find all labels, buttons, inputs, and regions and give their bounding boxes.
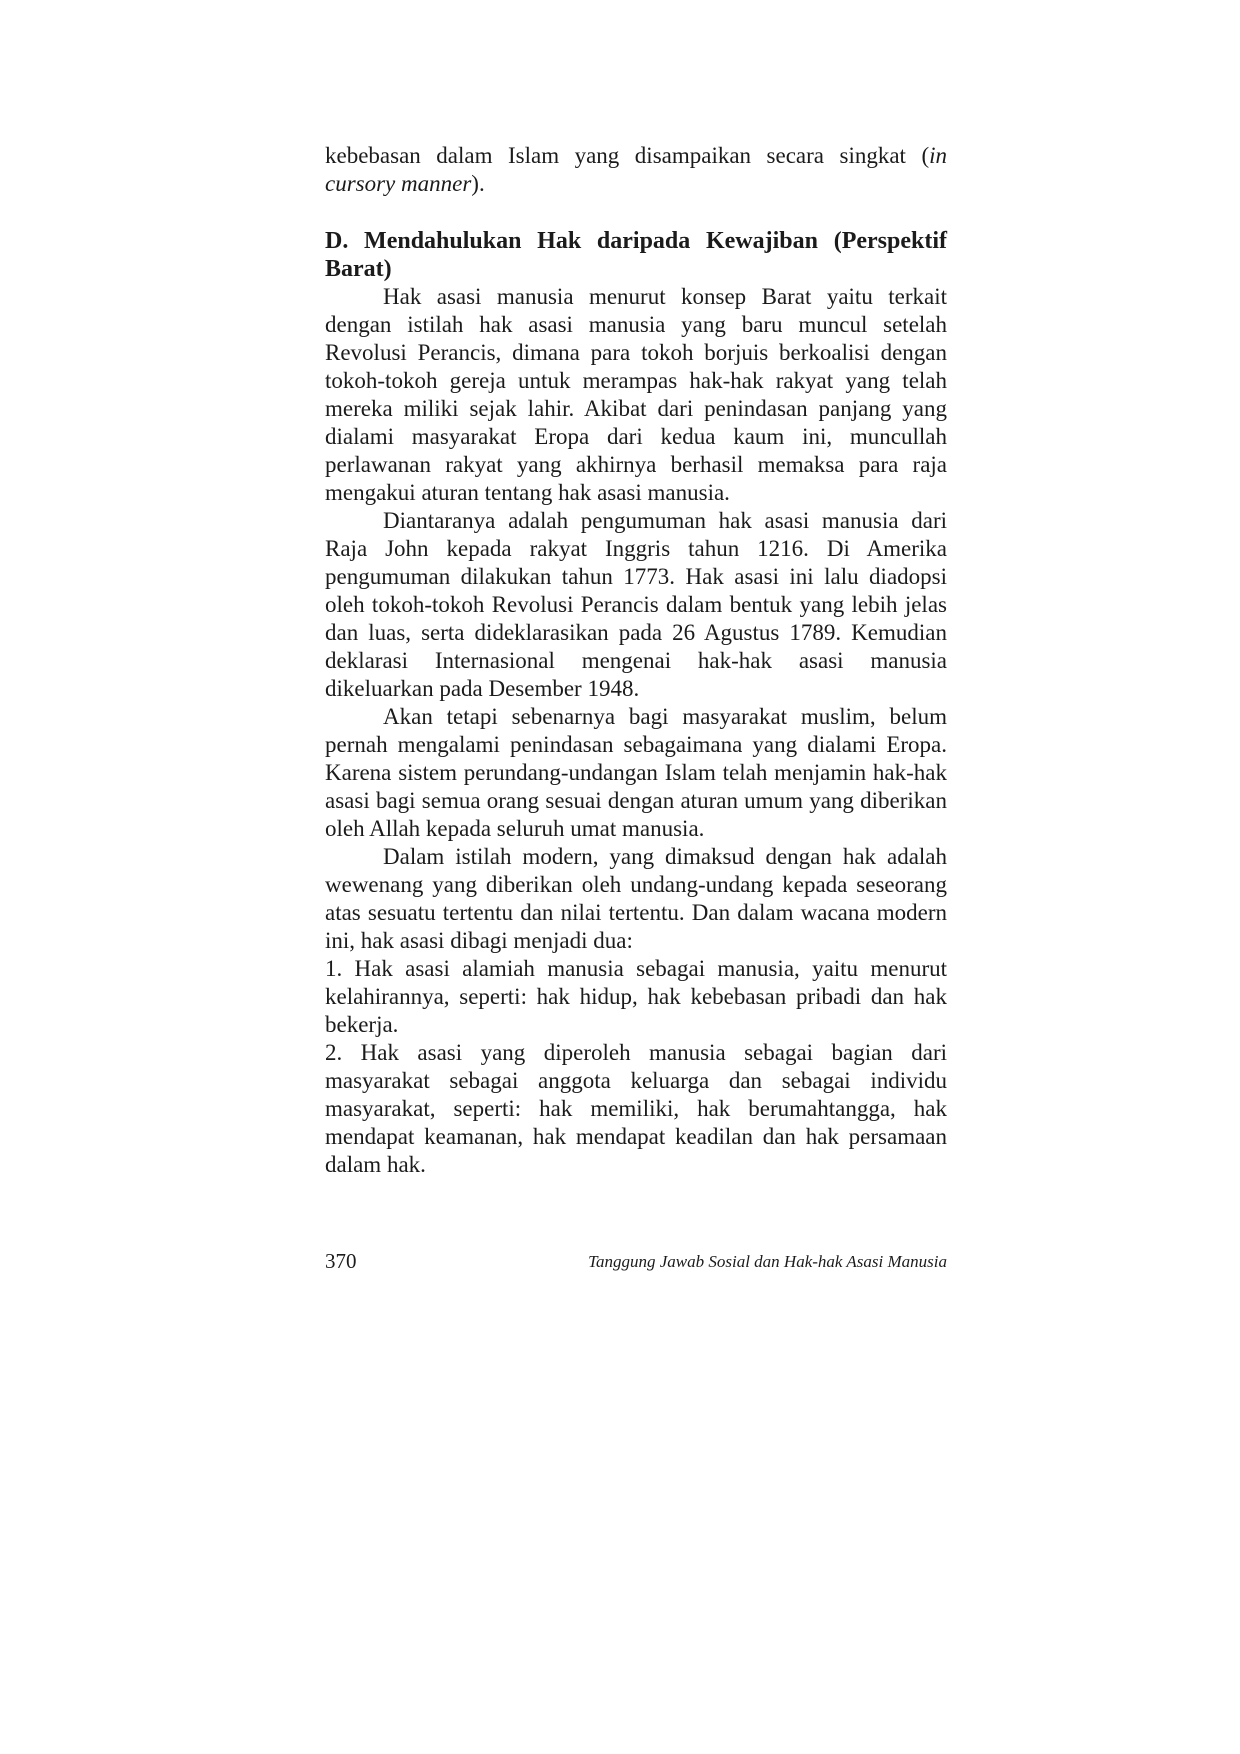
- page-number: 370: [325, 1249, 357, 1274]
- running-title: Tanggung Jawab Sosial dan Hak-hak Asasi …: [588, 1249, 947, 1274]
- paragraph: Dalam istilah modern, yang dimaksud deng…: [325, 843, 947, 955]
- page-footer: 370 Tanggung Jawab Sosial dan Hak-hak As…: [325, 1249, 947, 1274]
- paragraph: Akan tetapi sebenarnya bagi masyarakat m…: [325, 703, 947, 843]
- opening-fragment-text: kebebasan dalam Islam yang disampaikan s…: [325, 143, 929, 168]
- page-body: kebebasan dalam Islam yang disampaikan s…: [325, 142, 947, 1179]
- list-item: 1. Hak asasi alamiah manusia sebagai man…: [325, 955, 947, 1039]
- paragraph: Hak asasi manusia menurut konsep Barat y…: [325, 283, 947, 507]
- opening-fragment-closing: ).: [471, 171, 484, 196]
- opening-fragment: kebebasan dalam Islam yang disampaikan s…: [325, 142, 947, 198]
- list-item: 2. Hak asasi yang diperoleh manusia seba…: [325, 1039, 947, 1179]
- section-heading: D. Mendahulukan Hak daripada Kewajiban (…: [325, 227, 947, 283]
- paragraph: Diantaranya adalah pengumuman hak asasi …: [325, 507, 947, 703]
